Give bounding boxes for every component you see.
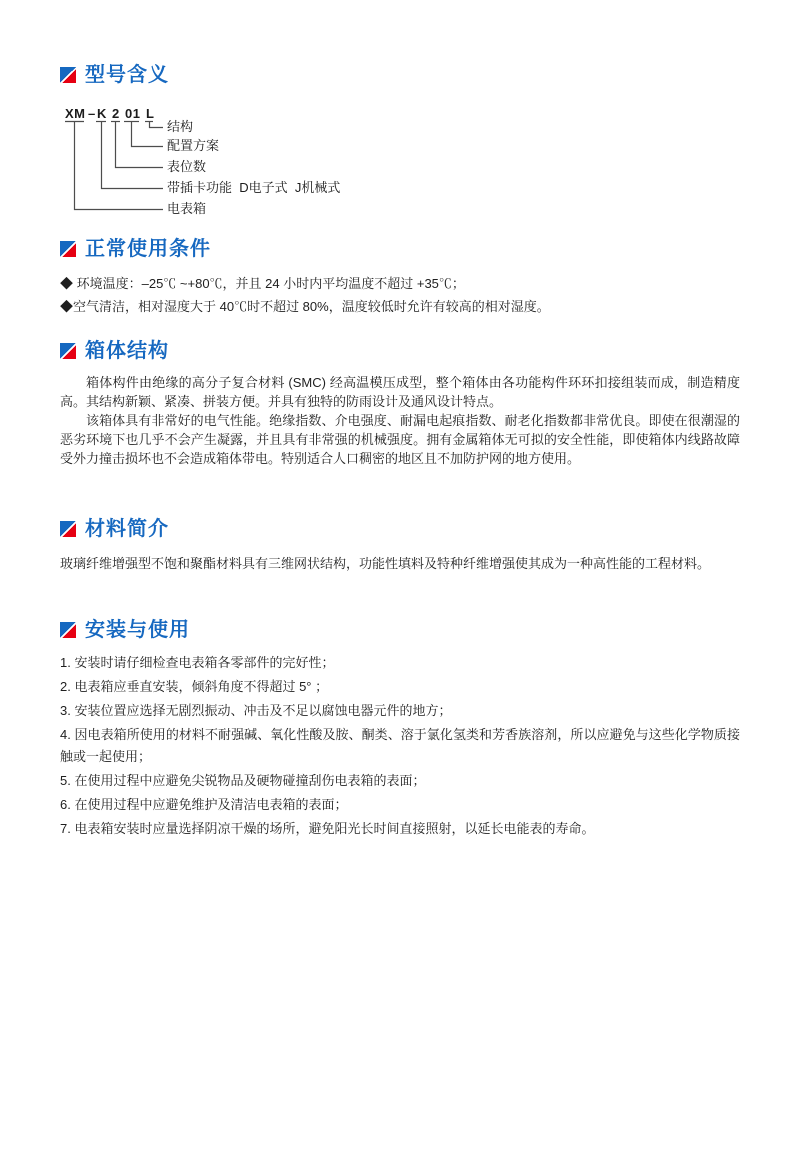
structure-paragraphs: 箱体构件由绝缘的高分子复合材料 (SMC) 经高温模压成型，整个箱体由各功能构件… xyxy=(60,373,740,468)
model-label-config: 配置方案 xyxy=(167,139,219,153)
model-part-config: 01 xyxy=(125,106,140,121)
section-flag-icon xyxy=(60,622,76,638)
model-label-card-function: 带插卡功能 D电子式 J机械式 xyxy=(167,181,340,195)
model-label-meter-box: 电表箱 xyxy=(167,202,206,216)
model-part-structure: L xyxy=(146,106,154,121)
structure-paragraph-2: 该箱体具有非常好的电气性能。绝缘指数、介电强度、耐漏电起痕指数、耐老化指数都非常… xyxy=(60,411,740,468)
section-heading-text: 安装与使用 xyxy=(85,617,190,643)
model-label-positions: 表位数 xyxy=(167,160,206,174)
material-paragraphs: 玻璃纤维增强型不饱和聚酯材料具有三维网状结构，功能性填料及特种纤维增强使其成为一… xyxy=(60,554,740,573)
section-install-use: 安装与使用 1. 安装时请仔细检查电表箱各零部件的完好性； 2. 电表箱应垂直安… xyxy=(60,617,740,842)
section-material-intro: 材料简介 玻璃纤维增强型不饱和聚酯材料具有三维网状结构，功能性填料及特种纤维增强… xyxy=(60,516,740,573)
install-item-5: 5. 在使用过程中应避免尖锐物品及硬物碰撞刮伤电表箱的表面； xyxy=(60,770,740,792)
install-item-7: 7. 电表箱安装时应量选择阴凉干燥的场所，避免阳光长时间直接照射，以延长电能表的… xyxy=(60,818,740,840)
install-item-1: 1. 安装时请仔细检查电表箱各零部件的完好性； xyxy=(60,652,740,674)
section-flag-icon xyxy=(60,343,76,359)
section-heading: 安装与使用 xyxy=(60,617,740,643)
section-flag-icon xyxy=(60,67,76,83)
material-paragraph-1: 玻璃纤维增强型不饱和聚酯材料具有三维网状结构，功能性填料及特种纤维增强使其成为一… xyxy=(60,554,740,573)
section-flag-icon xyxy=(60,521,76,537)
install-numbered-list: 1. 安装时请仔细检查电表箱各零部件的完好性； 2. 电表箱应垂直安装，倾斜角度… xyxy=(60,652,740,840)
section-heading: 材料简介 xyxy=(60,516,740,542)
section-heading: 型号含义 xyxy=(60,62,740,88)
section-box-structure: 箱体结构 箱体构件由绝缘的高分子复合材料 (SMC) 经高温模压成型，整个箱体由… xyxy=(60,338,740,468)
model-part-dash: – xyxy=(88,106,96,121)
structure-paragraph-1: 箱体构件由绝缘的高分子复合材料 (SMC) 经高温模压成型，整个箱体由各功能构件… xyxy=(60,373,740,411)
model-part-series: XM xyxy=(65,106,86,121)
section-heading: 正常使用条件 xyxy=(60,236,740,262)
install-item-3: 3. 安装位置应选择无剧烈振动、冲击及不足以腐蚀电器元件的地方； xyxy=(60,700,740,722)
install-item-2: 2. 电表箱应垂直安装，倾斜角度不得超过 5° ； xyxy=(60,676,740,698)
section-heading: 箱体结构 xyxy=(60,338,740,364)
section-heading-text: 型号含义 xyxy=(85,62,169,88)
conditions-bullet-list: ◆ 环境温度：–25℃ ~+80℃，并且 24 小时内平均温度不超过 +35℃；… xyxy=(60,272,740,318)
section-use-conditions: 正常使用条件 ◆ 环境温度：–25℃ ~+80℃，并且 24 小时内平均温度不超… xyxy=(60,236,740,318)
section-heading-text: 箱体结构 xyxy=(85,338,169,364)
section-heading-text: 正常使用条件 xyxy=(85,236,211,262)
bullet-item-temperature: ◆ 环境温度：–25℃ ~+80℃，并且 24 小时内平均温度不超过 +35℃； xyxy=(60,272,740,295)
install-item-4: 4. 因电表箱所使用的材料不耐强碱、氧化性酸及胺、酮类、溶于氯化氢类和芳香族溶剂… xyxy=(60,724,740,768)
diagram-connector-lines xyxy=(65,106,485,222)
catalog-page: { "colors": { "accent_blue": "#1668c0", … xyxy=(0,0,800,1153)
section-flag-icon xyxy=(60,241,76,257)
section-model-meaning: 型号含义 XM – K 2 01 L 结构 配置方案 表位数 带插卡功能 D电 xyxy=(60,62,740,222)
model-part-positions: 2 xyxy=(112,106,120,121)
section-heading-text: 材料简介 xyxy=(85,516,169,542)
bullet-item-humidity: ◆空气清洁，相对湿度大于 40℃时不超过 80%，温度较低时允许有较高的相对湿度… xyxy=(60,295,740,318)
model-label-structure: 结构 xyxy=(167,120,193,134)
install-item-6: 6. 在使用过程中应避免维护及清洁电表箱的表面； xyxy=(60,794,740,816)
model-code-diagram: XM – K 2 01 L 结构 配置方案 表位数 带插卡功能 D电子式 J机械… xyxy=(65,106,485,222)
model-part-card: K xyxy=(97,106,107,121)
